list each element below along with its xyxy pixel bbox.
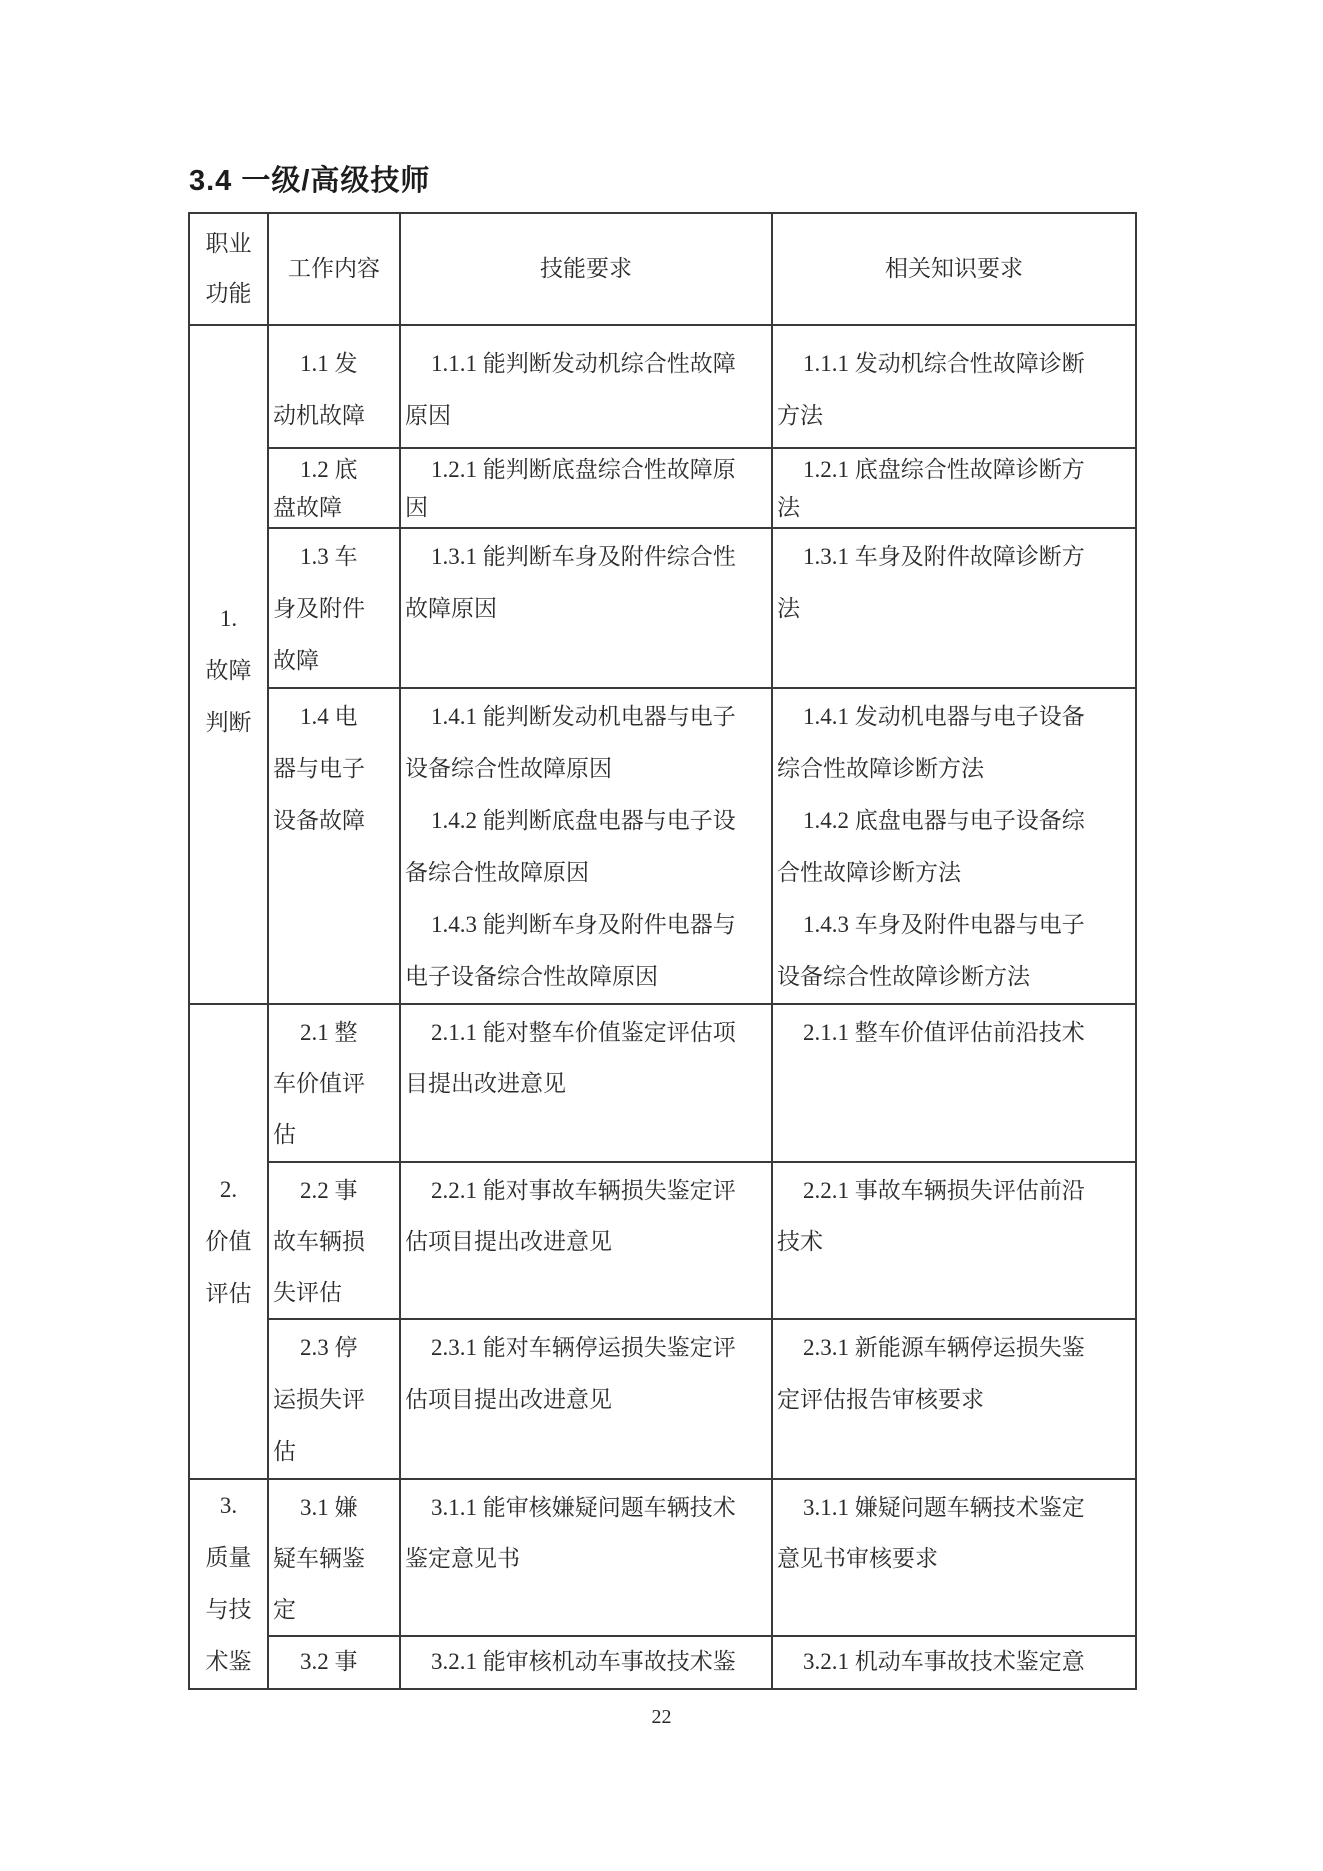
header-work-content: 工作内容 [268, 213, 400, 325]
cell-paragraph: 2.1.1 整车价值评估前沿技术 [777, 1007, 1131, 1058]
cell-paragraph: 3.1.1 能审核嫌疑问题车辆技术鉴定意见书 [405, 1482, 767, 1584]
cell-paragraph: 1.1.1 能判断发动机综合性故障原因 [405, 338, 767, 442]
cell-paragraph: 2.2.1 能对事故车辆损失鉴定评估项目提出改进意见 [405, 1165, 767, 1267]
cell-paragraph: 1.1 发动机故障 [273, 338, 395, 442]
cell-paragraph: 1.4.2 底盘电器与电子设备综合性故障诊断方法 [777, 795, 1131, 899]
document-page: 3.4 一级/高级技师 职业功能 工作内容 技能要求 相关知识要求 1.故障判断… [0, 0, 1323, 1871]
occupational-function-cell: 3.质量与技术鉴 [189, 1479, 268, 1689]
cell-paragraph: 1.2 底盘故障 [273, 451, 395, 527]
knowledge-requirement-cell: 1.1.1 发动机综合性故障诊断方法 [772, 325, 1136, 448]
work-content-cell: 2.1 整车价值评估 [268, 1004, 400, 1162]
cell-paragraph: 3.2 事 [273, 1639, 395, 1685]
cell-paragraph: 2.2 事故车辆损失评估 [273, 1165, 395, 1318]
knowledge-requirement-cell: 1.3.1 车身及附件故障诊断方法 [772, 528, 1136, 688]
cell-paragraph: 1.4.2 能判断底盘电器与电子设备综合性故障原因 [405, 795, 767, 899]
table-row: 2.3 停运损失评估2.3.1 能对车辆停运损失鉴定评估项目提出改进意见2.3.… [189, 1319, 1136, 1479]
occupational-function-cell: 1.故障判断 [189, 325, 268, 1004]
cell-paragraph: 1.4.1 能判断发动机电器与电子设备综合性故障原因 [405, 691, 767, 795]
table-row: 1.2 底盘故障1.2.1 能判断底盘综合性故障原因1.2.1 底盘综合性故障诊… [189, 448, 1136, 528]
cell-paragraph: 2.1.1 能对整车价值鉴定评估项目提出改进意见 [405, 1007, 767, 1109]
work-content-cell: 3.1 嫌疑车辆鉴定 [268, 1479, 400, 1636]
occupational-function-cell: 2.价值评估 [189, 1004, 268, 1479]
occupational-function-label: 1.故障判断 [190, 593, 267, 749]
skill-requirement-cell: 3.1.1 能审核嫌疑问题车辆技术鉴定意见书 [400, 1479, 772, 1636]
cell-paragraph: 1.4 电器与电子设备故障 [273, 691, 395, 847]
table-row: 3.2 事3.2.1 能审核机动车事故技术鉴3.2.1 机动车事故技术鉴定意 [189, 1636, 1136, 1689]
cell-paragraph: 3.2.1 机动车事故技术鉴定意 [777, 1639, 1131, 1685]
skill-requirement-cell: 1.4.1 能判断发动机电器与电子设备综合性故障原因1.4.2 能判断底盘电器与… [400, 688, 772, 1004]
table-row: 1.4 电器与电子设备故障1.4.1 能判断发动机电器与电子设备综合性故障原因1… [189, 688, 1136, 1004]
knowledge-requirement-cell: 2.2.1 事故车辆损失评估前沿技术 [772, 1162, 1136, 1319]
cell-paragraph: 1.3.1 能判断车身及附件综合性故障原因 [405, 531, 767, 635]
table-row: 1.故障判断1.1 发动机故障1.1.1 能判断发动机综合性故障原因1.1.1 … [189, 325, 1136, 448]
cell-paragraph: 3.1.1 嫌疑问题车辆技术鉴定意见书审核要求 [777, 1482, 1131, 1584]
header-row: 职业功能 工作内容 技能要求 相关知识要求 [189, 213, 1136, 325]
work-content-cell: 3.2 事 [268, 1636, 400, 1689]
knowledge-requirement-cell: 2.3.1 新能源车辆停运损失鉴定评估报告审核要求 [772, 1319, 1136, 1479]
work-content-cell: 2.2 事故车辆损失评估 [268, 1162, 400, 1319]
knowledge-requirement-cell: 2.1.1 整车价值评估前沿技术 [772, 1004, 1136, 1162]
cell-paragraph: 1.4.1 发动机电器与电子设备综合性故障诊断方法 [777, 691, 1131, 795]
cell-paragraph: 1.4.3 能判断车身及附件电器与电子设备综合性故障原因 [405, 899, 767, 1003]
knowledge-requirement-cell: 1.4.1 发动机电器与电子设备综合性故障诊断方法1.4.2 底盘电器与电子设备… [772, 688, 1136, 1004]
work-content-cell: 1.1 发动机故障 [268, 325, 400, 448]
skill-requirement-cell: 1.1.1 能判断发动机综合性故障原因 [400, 325, 772, 448]
cell-paragraph: 3.2.1 能审核机动车事故技术鉴 [405, 1639, 767, 1685]
table-row: 2.价值评估2.1 整车价值评估2.1.1 能对整车价值鉴定评估项目提出改进意见… [189, 1004, 1136, 1162]
cell-paragraph: 2.3.1 能对车辆停运损失鉴定评估项目提出改进意见 [405, 1322, 767, 1426]
knowledge-requirement-cell: 1.2.1 底盘综合性故障诊断方法 [772, 448, 1136, 528]
page-title: 3.4 一级/高级技师 [189, 158, 430, 199]
table-row: 1.3 车身及附件故障1.3.1 能判断车身及附件综合性故障原因1.3.1 车身… [189, 528, 1136, 688]
skill-requirement-cell: 1.3.1 能判断车身及附件综合性故障原因 [400, 528, 772, 688]
cell-paragraph: 3.1 嫌疑车辆鉴定 [273, 1482, 395, 1635]
header-knowledge-requirements: 相关知识要求 [772, 213, 1136, 325]
cell-paragraph: 1.3 车身及附件故障 [273, 531, 395, 687]
work-content-cell: 1.2 底盘故障 [268, 448, 400, 528]
occupational-function-label: 2.价值评估 [190, 1164, 267, 1320]
cell-paragraph: 2.3.1 新能源车辆停运损失鉴定评估报告审核要求 [777, 1322, 1131, 1426]
cell-paragraph: 2.1 整车价值评估 [273, 1007, 395, 1160]
work-content-cell: 1.4 电器与电子设备故障 [268, 688, 400, 1004]
table-row: 3.质量与技术鉴3.1 嫌疑车辆鉴定3.1.1 能审核嫌疑问题车辆技术鉴定意见书… [189, 1479, 1136, 1636]
table-header: 职业功能 工作内容 技能要求 相关知识要求 [189, 213, 1136, 325]
cell-paragraph: 1.3.1 车身及附件故障诊断方法 [777, 531, 1131, 635]
header-skill-requirements: 技能要求 [400, 213, 772, 325]
skill-requirement-cell: 1.2.1 能判断底盘综合性故障原因 [400, 448, 772, 528]
table-row: 2.2 事故车辆损失评估2.2.1 能对事故车辆损失鉴定评估项目提出改进意见2.… [189, 1162, 1136, 1319]
page-number: 22 [0, 1706, 1323, 1729]
cell-paragraph: 2.3 停运损失评估 [273, 1322, 395, 1478]
work-content-cell: 1.3 车身及附件故障 [268, 528, 400, 688]
cell-paragraph: 1.1.1 发动机综合性故障诊断方法 [777, 338, 1131, 442]
work-content-cell: 2.3 停运损失评估 [268, 1319, 400, 1479]
cell-paragraph: 2.2.1 事故车辆损失评估前沿技术 [777, 1165, 1131, 1267]
header-occupational-function: 职业功能 [189, 213, 268, 325]
knowledge-requirement-cell: 3.2.1 机动车事故技术鉴定意 [772, 1636, 1136, 1689]
skill-requirement-cell: 2.1.1 能对整车价值鉴定评估项目提出改进意见 [400, 1004, 772, 1162]
skills-requirements-table: 职业功能 工作内容 技能要求 相关知识要求 1.故障判断1.1 发动机故障1.1… [188, 212, 1137, 1690]
cell-paragraph: 1.2.1 能判断底盘综合性故障原因 [405, 451, 767, 527]
skill-requirement-cell: 2.3.1 能对车辆停运损失鉴定评估项目提出改进意见 [400, 1319, 772, 1479]
skill-requirement-cell: 3.2.1 能审核机动车事故技术鉴 [400, 1636, 772, 1689]
knowledge-requirement-cell: 3.1.1 嫌疑问题车辆技术鉴定意见书审核要求 [772, 1479, 1136, 1636]
skill-requirement-cell: 2.2.1 能对事故车辆损失鉴定评估项目提出改进意见 [400, 1162, 772, 1319]
occupational-function-label: 3.质量与技术鉴 [190, 1480, 267, 1688]
cell-paragraph: 1.4.3 车身及附件电器与电子设备综合性故障诊断方法 [777, 899, 1131, 1003]
cell-paragraph: 1.2.1 底盘综合性故障诊断方法 [777, 451, 1131, 527]
